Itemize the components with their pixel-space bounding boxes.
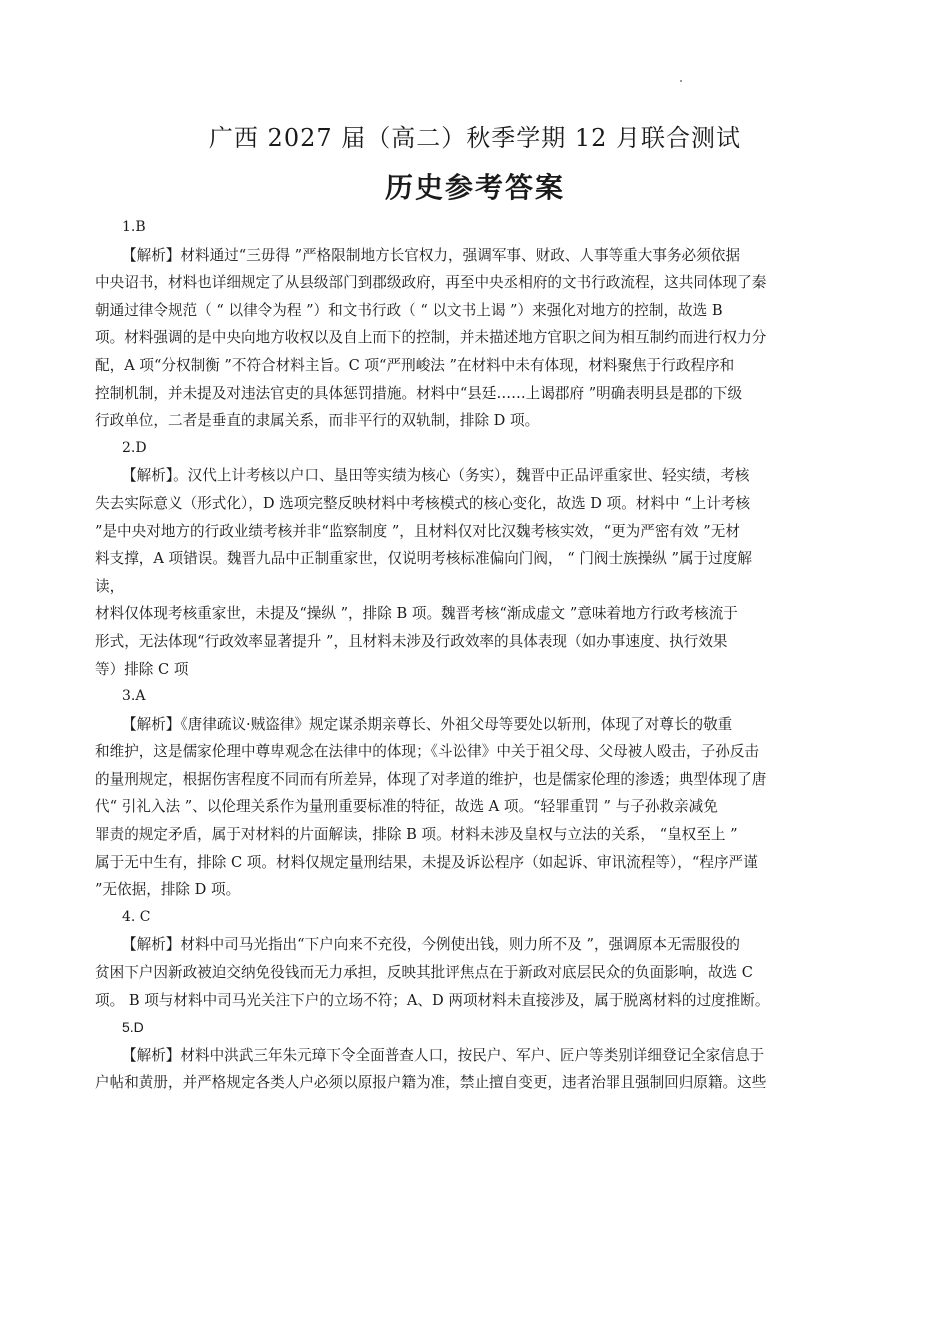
analysis-line: 贫困下户因新政被迫交纳免役钱而无力承担，反映其批评焦点在于新政对底层民众的负面影… xyxy=(95,959,865,987)
answer-number: 4. C xyxy=(95,904,865,932)
analysis-line: ”无依据，排除 D 项。 xyxy=(95,876,865,904)
analysis-line: 户帖和黄册，并严格规定各类人户必须以原报户籍为准，禁止擅自变更，违者治罪且强制回… xyxy=(95,1069,865,1097)
analysis-line: 【解析】材料通过“三毋得 ”严格限制地方长官权力，强调军事、财政、人事等重大事务… xyxy=(95,242,865,270)
analysis-line: 和维护，这是儒家伦理中尊卑观念在法律中的体现；《斗讼律》中关于祖父母、父母被人殴… xyxy=(95,738,865,766)
answers-body: 1.B 【解析】材料通过“三毋得 ”严格限制地方长官权力，强调军事、财政、人事等… xyxy=(95,214,865,1097)
answer-number: 1.B xyxy=(95,214,865,242)
analysis-line: 朝通过律令规范（ “ 以律令为程 ”）和文书行政（ “ 以文书上谒 ”）来强化对… xyxy=(95,297,865,325)
answer-analysis: 【解析】材料中洪武三年朱元璋下令全面普查人口，按民户、军户、匠户等类别详细登记全… xyxy=(95,1042,865,1097)
answer-analysis: 【解析】。汉代上计考核以户口、垦田等实绩为核心（务实），魏晋中正品评重家世、轻实… xyxy=(95,462,865,683)
analysis-line: 罪责的规定矛盾，属于对材料的片面解读，排除 B 项。材料未涉及皇权与立法的关系，… xyxy=(95,821,865,849)
analysis-line: 失去实际意义（形式化），D 选项完整反映材料中考核模式的核心变化，故选 D 项。… xyxy=(95,490,865,518)
analysis-line: ”是中央对地方的行政业绩考核并非“监察制度 ”，且材料仅对比汉魏考核实效，“更为… xyxy=(95,518,865,546)
analysis-line: 配，A 项“分权制衡 ”不符合材料主旨。C 项“严刑峻法 ”在材料中未有体现，材… xyxy=(95,352,865,380)
analysis-line: 代“ 引礼入法 ”、以伦理关系作为量刑重要标准的特征，故选 A 项。“轻罪重罚 … xyxy=(95,793,865,821)
answer-analysis: 【解析】材料通过“三毋得 ”严格限制地方长官权力，强调军事、财政、人事等重大事务… xyxy=(95,242,865,435)
analysis-line: 的量刑规定，根据伤害程度不同而有所差异，体现了对孝道的维护，也是儒家伦理的渗透；… xyxy=(95,766,865,794)
analysis-line: 控制机制，并未提及对违法官吏的具体惩罚措施。材料中“县廷……上谒郡府 ”明确表明… xyxy=(95,380,865,408)
analysis-line: 料支撑，A 项错误。魏晋九品中正制重家世，仅说明考核标准偏向门阀， “ 门阀士族… xyxy=(95,545,865,573)
analysis-line: 【解析】材料中洪武三年朱元璋下令全面普查人口，按民户、军户、匠户等类别详细登记全… xyxy=(95,1042,865,1070)
analysis-line: 材料仅体现考核重家世，未提及“操纵 ”，排除 B 项。魏晋考核“渐成虚文 ”意味… xyxy=(95,600,865,628)
analysis-line: 读， xyxy=(95,573,865,601)
analysis-line: 项。材料强调的是中央向地方收权以及自上而下的控制，并未描述地方官职之间为相互制约… xyxy=(95,324,865,352)
analysis-line: 等）排除 C 项 xyxy=(95,656,865,684)
exam-title: 广西 2027 届（高二）秋季学期 12 月联合测试 xyxy=(0,118,950,153)
analysis-line: 行政单位，二者是垂直的隶属关系，而非平行的双轨制，排除 D 项。 xyxy=(95,407,865,435)
analysis-line: 形式，无法体现“行政效率显著提升 ”，且材料未涉及行政效率的具体表现（如办事速度… xyxy=(95,628,865,656)
analysis-line: 【解析】材料中司马光指出“下户向来不充役，今例使出钱，则力所不及 ”，强调原本无… xyxy=(95,931,865,959)
answer-analysis: 【解析】《唐律疏议·贼盗律》规定谋杀期亲尊长、外祖父母等要处以斩刑，体现了对尊长… xyxy=(95,711,865,904)
page-mark xyxy=(680,80,682,82)
answer-number: 3.A xyxy=(95,683,865,711)
analysis-line: 项。 B 项与材料中司马光关注下户的立场不符；A、D 两项材料未直接涉及，属于脱… xyxy=(95,987,865,1015)
answer-analysis: 【解析】材料中司马光指出“下户向来不充役，今例使出钱，则力所不及 ”，强调原本无… xyxy=(95,931,865,1014)
analysis-line: 【解析】《唐律疏议·贼盗律》规定谋杀期亲尊长、外祖父母等要处以斩刑，体现了对尊长… xyxy=(95,711,865,739)
analysis-line: 【解析】。汉代上计考核以户口、垦田等实绩为核心（务实），魏晋中正品评重家世、轻实… xyxy=(95,462,865,490)
answer-number: 2.D xyxy=(95,435,865,463)
analysis-line: 属于无中生有，排除 C 项。材料仅规定量刑结果，未提及诉讼程序（如起诉、审讯流程… xyxy=(95,849,865,877)
analysis-line: 中央诏书，材料也详细规定了从县级部门到郡级政府，再至中央丞相府的文书行政流程，这… xyxy=(95,269,865,297)
answer-key-title: 历史参考答案 xyxy=(0,166,950,206)
answer-number: 5.D xyxy=(95,1014,865,1042)
